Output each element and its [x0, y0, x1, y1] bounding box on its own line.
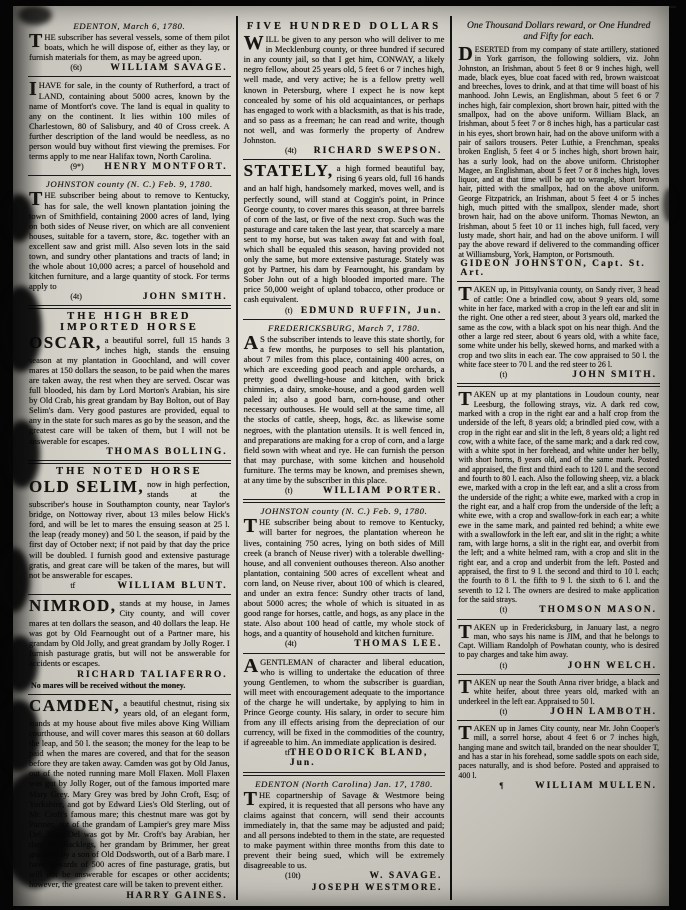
ad-body: AS the subscriber intends to leave this …	[244, 334, 445, 485]
insertion-tag: (4t)	[285, 146, 297, 156]
signature-row: (t)WILLIAM PORTER.	[246, 486, 443, 496]
column-left: EDENTON, March 6, 1780.THE subscriber ha…	[27, 16, 232, 900]
ad-body: AGENTLEMAN of character and liberal educ…	[244, 657, 445, 748]
ad-separator-rule	[457, 619, 660, 620]
advertisement: TAKEN up near the South Anna river bridg…	[458, 678, 659, 717]
signature-name: HARRY GAINES.	[126, 891, 227, 901]
dropcap-letter: T	[244, 517, 259, 534]
column-right: One Thousand Dollars reward, or One Hund…	[456, 16, 661, 900]
ink-blot	[0, 286, 42, 372]
signature-row: JOSEPH WESTMORE.	[246, 883, 443, 893]
insertion-tag: (9*)	[70, 162, 83, 172]
dropcap-letter: T	[458, 390, 473, 407]
horse-name-display: NIMROD,	[29, 598, 119, 613]
signature-name: WILLIAM MULLEN.	[535, 782, 657, 791]
ad-body: TAKEN up, in Pittsylvania county, on San…	[458, 285, 659, 369]
column-layout: EDENTON, March 6, 1780.THE subscriber ha…	[27, 16, 661, 900]
ink-blot	[663, 188, 675, 222]
signature-row: (9*)HENRY MONTFORT.	[31, 162, 228, 172]
advertisement: One Thousand Dollars reward, or One Hund…	[458, 21, 659, 278]
signature-row: (t)JOHN LAMBOTH.	[460, 707, 657, 717]
ad-body: WILL be given to any person who will del…	[244, 34, 445, 145]
ink-blot	[4, 194, 34, 242]
ink-blot	[18, 5, 52, 25]
ad-separator-rule	[243, 159, 446, 160]
ad-body-text: HE subscriber being about to remove to K…	[244, 517, 445, 638]
column-rule	[450, 16, 452, 900]
newspaper-paper: EDENTON, March 6, 1780.THE subscriber ha…	[13, 6, 669, 906]
ad-body-text: AKEN up near the South Anna river bridge…	[458, 678, 659, 706]
signature-name: JOHN SMITH.	[572, 371, 657, 380]
signature-row: (4t)RICHARD SWEPSON.	[246, 146, 443, 156]
dropcap-letter: T	[458, 623, 473, 640]
signature-row: RICHARD TALIAFERRO.	[31, 670, 228, 680]
ad-separator-rule	[457, 281, 660, 282]
advertisement: IHAVE for sale, in the county of Rutherf…	[29, 80, 230, 172]
signature-row: (t)THOMSON MASON.	[460, 605, 657, 615]
ad-body-text: ESERTED from my company of state artille…	[458, 45, 659, 259]
ink-blot	[2, 636, 38, 692]
ad-heading: THE HIGH BRED IMPORTED HORSE	[29, 312, 230, 332]
advertisement: THE NOTED HORSEOLD SELIM,now in high per…	[29, 467, 230, 591]
ad-dateline: JOHNSTON county (N. C.) Feb. 9, 1780.	[244, 506, 445, 516]
signature-row: HARRY GAINES.	[31, 891, 228, 901]
insertion-tag: tf	[70, 581, 75, 591]
signature-name: RICHARD SWEPSON.	[314, 146, 443, 156]
signature-name: WILLIAM SAVAGE.	[110, 63, 227, 73]
dropcap-letter: A	[244, 334, 260, 351]
ad-body: TAKEN up at my plantations in Loudoun co…	[458, 390, 659, 604]
dropcap-letter: T	[458, 724, 473, 741]
ad-separator-rule	[457, 674, 660, 675]
advertisement: STATELY,a high formed beautiful bay, ris…	[244, 163, 445, 315]
signature-name: JOHN SMITH.	[143, 292, 228, 302]
ink-blot	[4, 420, 40, 488]
ad-dateline: FREDERICKSBURG, March 7, 1780.	[244, 323, 445, 333]
column-rule	[236, 16, 238, 900]
ad-body-text: HE copartnership of Savage & Westmore be…	[244, 790, 445, 871]
advertisement: TAKEN up, in Pittsylvania county, on San…	[458, 285, 659, 380]
ad-body-text: AKEN up, in Pittsylvania county, on Sand…	[458, 285, 659, 368]
ad-body-text: HE subscriber has several vessels, some …	[29, 32, 230, 62]
advertisement: TAKEN up in Fredericksburg, in January l…	[458, 623, 659, 671]
ad-body-text: HAVE for sale, in the county of Rutherfo…	[29, 80, 230, 161]
advertisement: JOHNSTON county (N. C.) Feb. 9, 1780.THE…	[29, 179, 230, 302]
advertisement: FIVE HUNDRED DOLLARSWILL be given to any…	[244, 22, 445, 156]
dropcap-letter: A	[244, 657, 260, 674]
ad-dateline: EDENTON (North Carolina) Jan. 17, 1780.	[244, 779, 445, 789]
dropcap-letter: D	[458, 45, 474, 62]
ad-body: OLD SELIM,now in high perfection, stands…	[29, 479, 230, 580]
ad-body-text: HE subscriber being about to remove to K…	[29, 190, 230, 291]
horse-name-display: OLD SELIM,	[29, 479, 147, 494]
advertisement: FREDERICKSBURG, March 7, 1780.AS the sub…	[244, 323, 445, 497]
ad-separator-rule	[243, 319, 446, 320]
signature-row: THOMAS BOLLING.	[31, 447, 228, 457]
ad-note: No mares will be received without the mo…	[31, 681, 228, 691]
insertion-tag: (t)	[285, 486, 293, 496]
advertisement: AGENTLEMAN of character and liberal educ…	[244, 657, 445, 769]
signature-name: THOMAS LEE.	[354, 639, 442, 649]
signature-row: (t)EDMUND RUFFIN, Jun.	[246, 306, 443, 316]
ad-heading: THE NOTED HORSE	[29, 467, 230, 477]
scanned-newspaper-page: EDENTON, March 6, 1780.THE subscriber ha…	[0, 0, 686, 910]
signature-name: THOMSON MASON.	[539, 606, 657, 615]
signature-name: JOHN LAMBOTH.	[550, 708, 657, 717]
ad-separator-rule	[243, 653, 446, 654]
ad-body: THE copartnership of Savage & Westmore b…	[244, 790, 445, 871]
signature-row: (6t)WILLIAM SAVAGE.	[31, 63, 228, 73]
signature-name: RICHARD TALIAFERRO.	[77, 670, 228, 680]
ad-body: IHAVE for sale, in the county of Rutherf…	[29, 80, 230, 161]
ad-separator-rule	[28, 175, 231, 176]
horse-name-display: STATELY,	[244, 163, 337, 178]
ad-separator-rule	[243, 772, 446, 776]
dropcap-letter: T	[29, 32, 44, 49]
signature-name: WILLIAM BLUNT.	[118, 581, 228, 591]
ad-heading-italic: One Thousand Dollars reward, or One Hund…	[464, 21, 653, 43]
signature-row: (4t)JOHN SMITH.	[31, 292, 228, 302]
signature-name: GIDEON JOHNSTON, Capt. St. Art.	[460, 260, 657, 279]
ad-separator-rule	[28, 594, 231, 595]
signature-row: (t)JOHN WELCH.	[460, 661, 657, 671]
signature-name: THEODORICK BLAND, Jun.	[290, 748, 442, 768]
ad-body: OSCAR,a beautiful sorrel, full 15 hands …	[29, 335, 230, 446]
signature-name: WILLIAM PORTER.	[323, 486, 442, 496]
ad-separator-rule	[28, 76, 231, 77]
signature-name: JOSEPH WESTMORE.	[312, 883, 443, 893]
ad-separator-rule	[28, 305, 231, 309]
ad-separator-rule	[28, 460, 231, 464]
ad-body-text: GENTLEMAN of character and liberal educa…	[244, 657, 445, 748]
ad-body-text: ILL be given to any person who will deli…	[244, 34, 445, 145]
ad-separator-rule	[457, 720, 660, 721]
ad-body: THE subscriber being about to remove to …	[29, 190, 230, 291]
signature-row: tfTHEODORICK BLAND, Jun.	[246, 748, 443, 768]
signature-row: GIDEON JOHNSTON, Capt. St. Art.	[460, 260, 657, 279]
signature-name: HENRY MONTFORT.	[104, 162, 227, 172]
ad-body: THE subscriber has several vessels, some…	[29, 32, 230, 62]
ad-body: THE subscriber being about to remove to …	[244, 517, 445, 638]
advertisement: TAKEN up in James City county, near Mr. …	[458, 724, 659, 791]
dropcap-letter: W	[244, 34, 266, 51]
horse-name-display: CAMDEN,	[29, 698, 123, 713]
ink-blot	[0, 700, 40, 772]
ad-heading: FIVE HUNDRED DOLLARS	[244, 22, 445, 32]
insertion-tag: (6t)	[70, 63, 82, 73]
signature-row: (t)JOHN SMITH.	[460, 370, 657, 380]
insertion-tag: (10t)	[285, 871, 301, 881]
signature-row: (10t)W. SAVAGE.	[246, 871, 443, 881]
ad-separator-rule	[243, 499, 446, 503]
signature-name: THOMAS BOLLING.	[106, 447, 227, 457]
signature-row: tfWILLIAM BLUNT.	[31, 581, 228, 591]
signature-name: W. SAVAGE.	[369, 871, 442, 881]
signature-name: EDMUND RUFFIN, Jun.	[301, 306, 442, 316]
insertion-tag: (t)	[500, 605, 508, 614]
ad-body: TAKEN up in James City county, near Mr. …	[458, 724, 659, 780]
ad-body-text: AKEN up in Fredericksburg, in January la…	[458, 623, 659, 660]
insertion-tag: (4t)	[285, 639, 297, 649]
insertion-tag: (4t)	[70, 292, 82, 302]
ad-dateline: JOHNSTON county (N. C.) Feb. 9, 1780.	[29, 179, 230, 189]
ad-body: DESERTED from my company of state artill…	[458, 45, 659, 259]
advertisement: EDENTON, March 6, 1780.THE subscriber ha…	[29, 21, 230, 73]
insertion-tag: ¶	[500, 781, 504, 790]
insertion-tag: (t)	[500, 661, 508, 670]
ad-body: TAKEN up in Fredericksburg, in January l…	[458, 623, 659, 660]
signature-name: JOHN WELCH.	[568, 662, 657, 671]
dropcap-letter: T	[244, 790, 259, 807]
ad-separator-rule	[28, 694, 231, 695]
ad-dateline: EDENTON, March 6, 1780.	[29, 21, 230, 31]
advertisement: JOHNSTON county (N. C.) Feb. 9, 1780.THE…	[244, 506, 445, 649]
insertion-tag: (t)	[500, 370, 508, 379]
advertisement: THE HIGH BRED IMPORTED HORSEOSCAR,a beau…	[29, 312, 230, 456]
dropcap-letter: I	[29, 80, 39, 97]
ad-body: NIMROD,stands at my house, in James City…	[29, 598, 230, 669]
advertisement: EDENTON (North Carolina) Jan. 17, 1780.T…	[244, 779, 445, 893]
insertion-tag: (t)	[500, 707, 508, 716]
advertisement: TAKEN up at my plantations in Loudoun co…	[458, 390, 659, 615]
signature-row: ¶WILLIAM MULLEN.	[460, 781, 657, 791]
signature-row: (4t)THOMAS LEE.	[246, 639, 443, 649]
ad-separator-rule	[457, 383, 660, 387]
ad-body-text: AKEN up at my plantations in Loudoun cou…	[458, 390, 659, 604]
ad-body: STATELY,a high formed beautiful bay, ris…	[244, 163, 445, 304]
insertion-tag: (t)	[285, 306, 293, 316]
column-middle: FIVE HUNDRED DOLLARSWILL be given to any…	[242, 16, 447, 900]
ad-body-text: a high formed beautiful bay, rising 6 ye…	[244, 163, 445, 304]
advertisement: NIMROD,stands at my house, in James City…	[29, 598, 230, 691]
dropcap-letter: T	[458, 285, 473, 302]
dropcap-letter: T	[458, 678, 473, 695]
ad-body-text: AKEN up in James City county, near Mr. J…	[458, 724, 659, 779]
ink-blot	[38, 824, 96, 882]
ad-body: TAKEN up near the South Anna river bridg…	[458, 678, 659, 706]
ad-body-text: S the subscriber intends to leave this s…	[244, 334, 445, 485]
